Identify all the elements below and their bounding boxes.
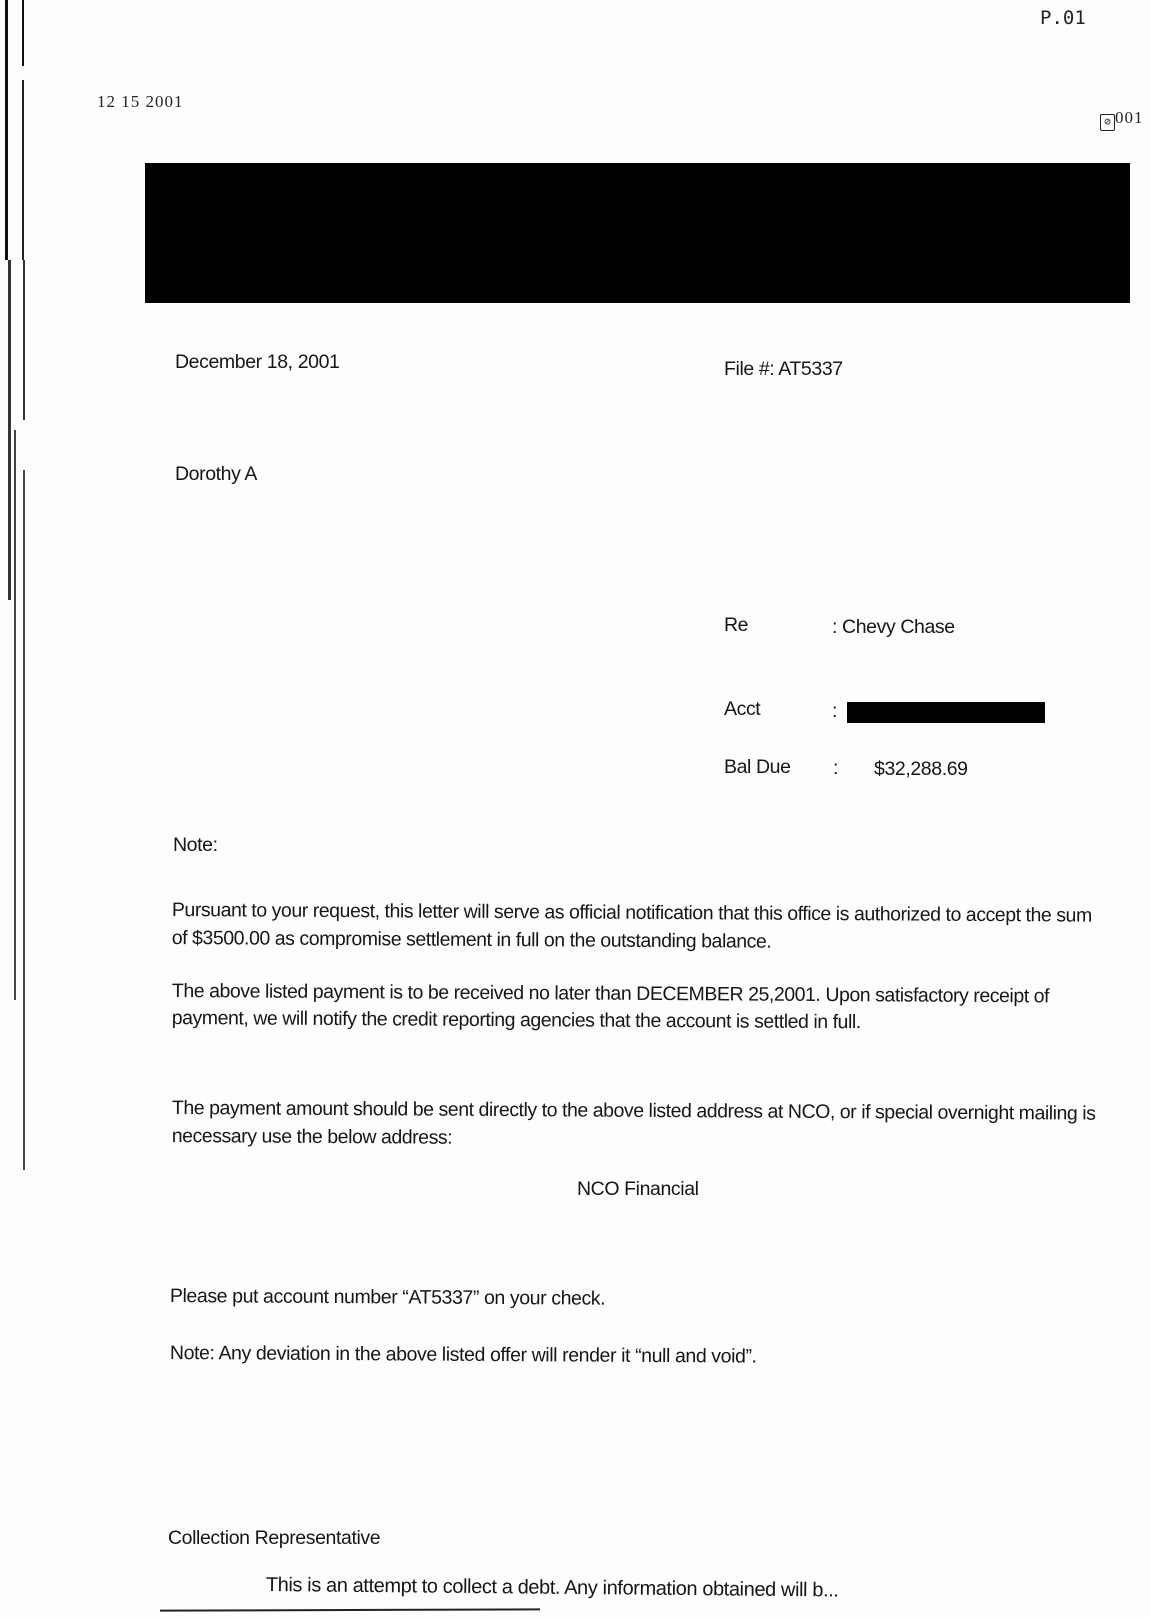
mailing-name: NCO Financial xyxy=(577,1178,699,1201)
bal-due-separator: : xyxy=(833,757,838,780)
bal-due-label: Bal Due xyxy=(724,756,791,779)
re-value: : Chevy Chase xyxy=(832,616,955,639)
deviation-note: Note: Any deviation in the above listed … xyxy=(170,1342,757,1369)
file-number: AT5337 xyxy=(778,358,842,380)
scan-edge-line xyxy=(5,0,8,260)
debt-collection-disclaimer: This is an attempt to collect a debt. An… xyxy=(266,1574,839,1602)
disclaimer-underline xyxy=(160,1608,540,1611)
note-label: Note: xyxy=(173,834,218,857)
scan-edge-line xyxy=(22,80,24,260)
scan-edge-line xyxy=(8,260,11,600)
scan-edge-line xyxy=(23,260,25,420)
fax-page-label: P.01 xyxy=(1040,7,1086,29)
bal-due-value: $32,288.69 xyxy=(874,758,968,781)
file-number-row: File #: AT5337 xyxy=(724,358,843,381)
scan-edge-line xyxy=(14,430,16,1000)
paragraph-settlement: Pursuant to your request, this letter wi… xyxy=(172,896,1102,958)
scan-edge-line xyxy=(22,0,24,66)
letterhead-redaction xyxy=(145,163,1130,303)
acct-label: Acct xyxy=(724,698,760,721)
file-number-label: File #: xyxy=(724,358,774,380)
recipient-name: Dorothy A xyxy=(175,463,257,486)
re-label: Re xyxy=(724,614,748,637)
paragraph-deadline: The above listed payment is to be receiv… xyxy=(172,978,1092,1038)
fax-stamp-date: 12 15 2001 xyxy=(97,92,184,112)
fax-page-icon: ⊘ xyxy=(1100,114,1115,131)
account-number-redaction xyxy=(847,702,1045,723)
check-instruction: Please put account number “AT5337” on yo… xyxy=(170,1285,605,1311)
acct-value: : xyxy=(832,700,837,723)
paragraph-mailing: The payment amount should be sent direct… xyxy=(172,1094,1097,1156)
fax-page-counter: ⊘001 xyxy=(1100,108,1144,131)
letter-date: December 18, 2001 xyxy=(175,351,339,374)
signature-title: Collection Representative xyxy=(168,1527,380,1550)
scan-edge-line xyxy=(23,470,25,1170)
